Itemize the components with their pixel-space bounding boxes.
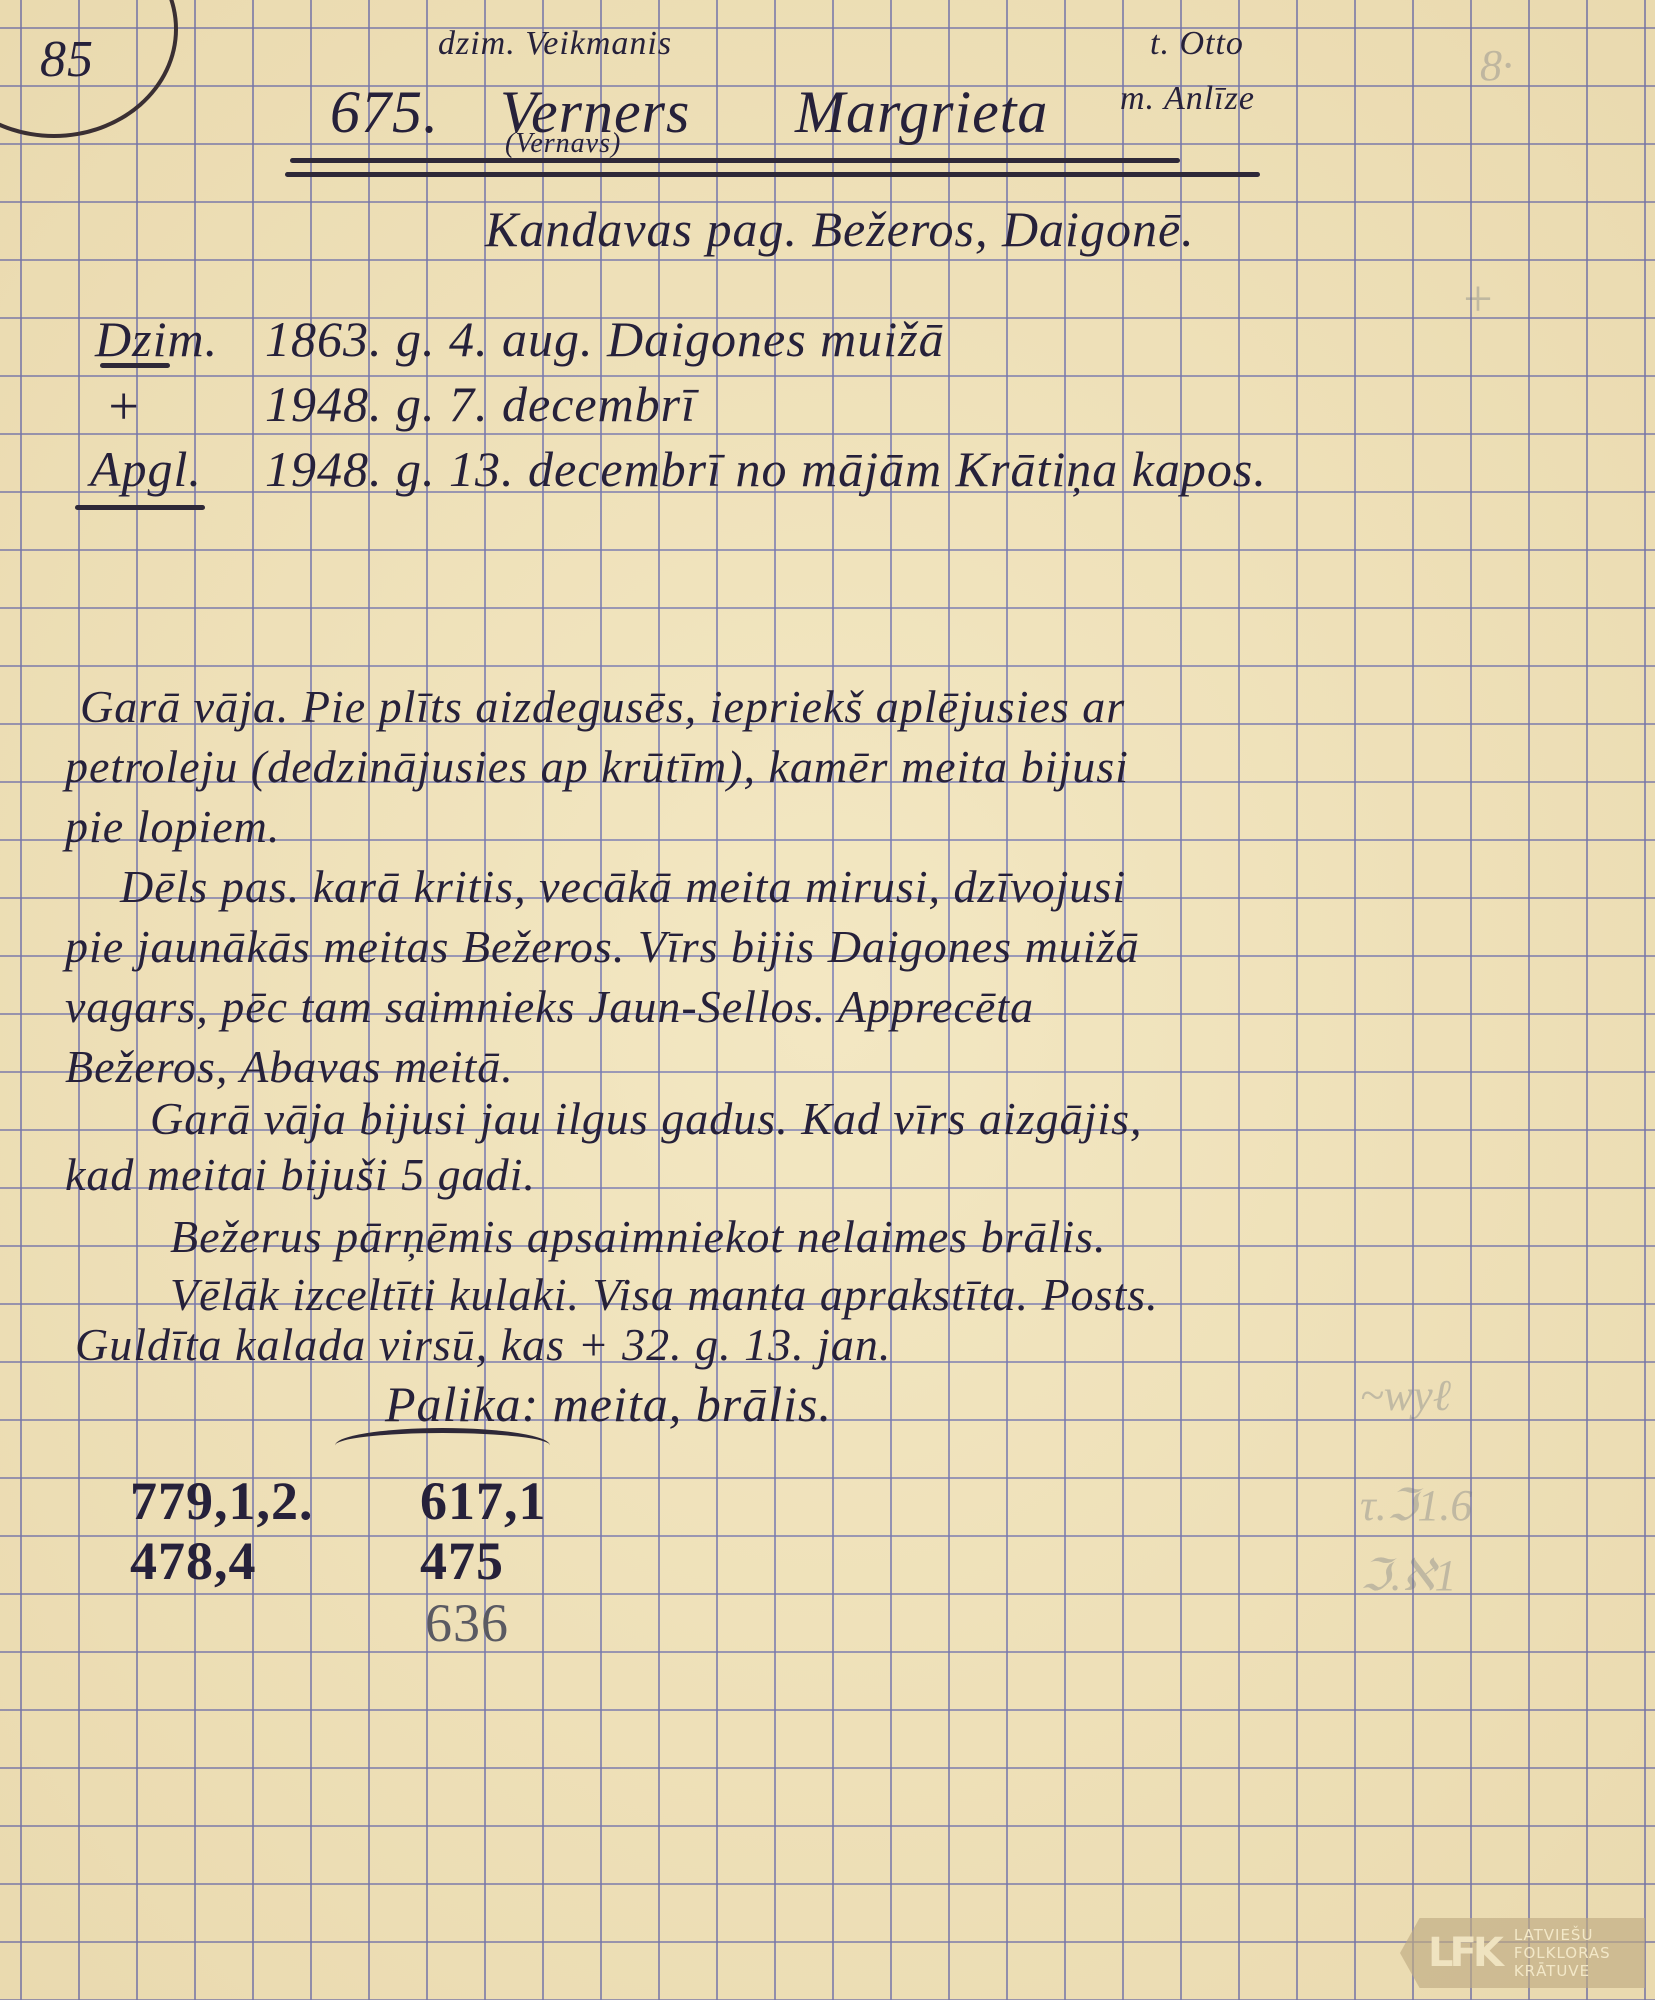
reference-number: 475 — [420, 1530, 504, 1592]
record-label-died: + — [105, 375, 142, 437]
mother-name: m. Anlīze — [1120, 80, 1255, 118]
title-underline — [290, 158, 1180, 163]
body-line: kad meitai bijuši 5 gadi. — [65, 1148, 536, 1201]
reference-number-pencil: 636 — [425, 1592, 509, 1654]
label-underline — [75, 505, 205, 510]
title-underline — [285, 172, 1260, 177]
body-line: Garā vāja. Pie plīts aizdegusēs, iepriek… — [80, 680, 1125, 733]
logo-line: KRĀTUVE — [1514, 1962, 1611, 1980]
maiden-name: dzim. Veikmanis — [438, 25, 672, 63]
bleed-through-mark: ~wyℓ — [1360, 1370, 1451, 1421]
given-name: Margrieta — [795, 78, 1048, 147]
body-line: Vēlāk izceltīti kulaki. Visa manta aprak… — [170, 1268, 1159, 1321]
record-label-born: Dzim. — [95, 310, 218, 368]
bleed-through-mark: + — [1460, 270, 1495, 329]
body-line: Guldīta kalada virsū, kas + 32. g. 13. j… — [75, 1318, 891, 1371]
archive-logo: LFK LATVIEŠU FOLKLORAS KRĀTUVE — [1400, 1918, 1645, 1988]
logo-line: LATVIEŠU — [1514, 1926, 1611, 1944]
body-line: Dēls pas. karā kritis, vecākā meita miru… — [120, 860, 1126, 913]
record-died: 1948. g. 7. decembrī — [265, 375, 696, 433]
record-buried: 1948. g. 13. decembrī no mājām Krātiņa k… — [265, 440, 1267, 498]
record-born: 1863. g. 4. aug. Daigones muižā — [265, 310, 945, 368]
bleed-through-mark: τ.ℑ1.6 — [1360, 1480, 1472, 1531]
record-label-buried: Apgl. — [90, 440, 202, 498]
page-number: 85 — [40, 30, 94, 89]
survivors-underline — [335, 1428, 550, 1463]
body-line: Bežeros, Abavas meitā. — [65, 1040, 514, 1093]
bleed-through-mark: ℑ.ℵ1 — [1360, 1550, 1456, 1601]
entry-number: 675. — [330, 78, 439, 147]
bleed-through-mark: 8· — [1480, 40, 1513, 91]
reference-number: 617,1 — [420, 1470, 547, 1532]
logo-text: LATVIEŠU FOLKLORAS KRĀTUVE — [1514, 1926, 1611, 1980]
body-line: petroleju (dedzinājusies ap krūtīm), kam… — [65, 740, 1129, 793]
survivors: Palika: meita, brālis. — [385, 1375, 832, 1433]
body-line: Garā vāja bijusi jau ilgus gadus. Kad vī… — [150, 1092, 1143, 1145]
body-line: pie lopiem. — [65, 800, 280, 853]
surname-alternate: (Vernavs) — [505, 128, 621, 160]
body-line: Bežerus pārņēmis apsaimniekot nelaimes b… — [170, 1210, 1107, 1263]
location: Kandavas pag. Bežeros, Daigonē. — [485, 200, 1195, 258]
reference-number: 478,4 — [130, 1530, 257, 1592]
body-line: vagars, pēc tam saimnieks Jaun-Sellos. A… — [65, 980, 1034, 1033]
father-name: t. Otto — [1150, 25, 1244, 63]
logo-mark-icon: LFK — [1428, 1930, 1500, 1976]
label-underline — [100, 363, 170, 368]
reference-number: 779,1,2. — [130, 1470, 314, 1532]
logo-line: FOLKLORAS — [1514, 1944, 1611, 1962]
body-line: pie jaunākās meitas Bežeros. Vīrs bijis … — [65, 920, 1139, 973]
